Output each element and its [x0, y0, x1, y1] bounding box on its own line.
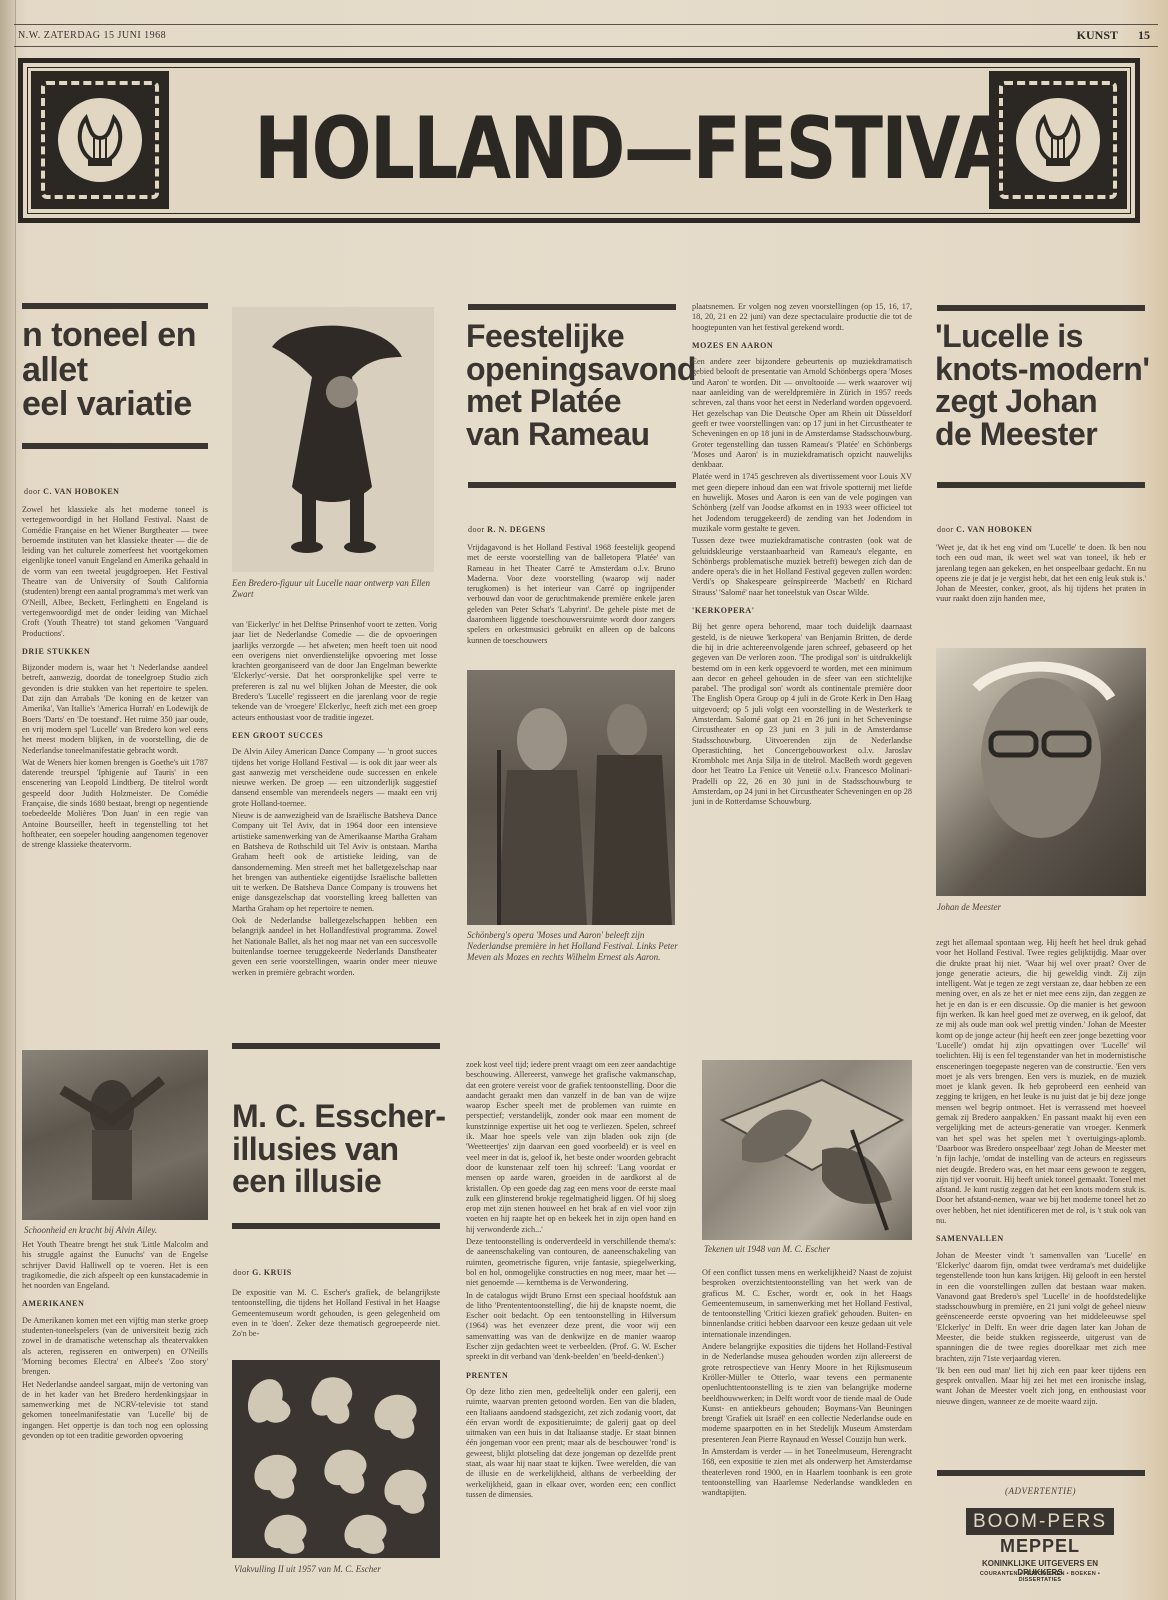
advert-label: (ADVERTENTIE) — [1005, 1486, 1076, 1496]
article-body-lucelle-intro: 'Weet je, dat ik het eng vind om 'Lucell… — [936, 543, 1146, 615]
caption-vlakvulling-ii: Vlakvulling II uit 1957 van M. C. Escher — [234, 1564, 444, 1575]
banner-title: HOLLAND—FESTIVAL — [254, 99, 903, 199]
headline-rule — [232, 1223, 440, 1229]
lyre-emblem-icon — [31, 71, 169, 209]
article-body-platee: Vrijdagavond is het Holland Festival 196… — [467, 543, 675, 655]
headline-rule — [22, 443, 208, 449]
headline-rule — [937, 305, 1145, 311]
article-body-escher-col3: Of een conflict tussen mens en werkelijk… — [702, 1268, 912, 1590]
masthead-rule-bottom — [14, 46, 1158, 47]
article-body-col4: plaatsnemen. Er volgen nog zeven voorste… — [692, 302, 912, 994]
newspaper-page: N.W. ZATERDAG 15 JUNI 1968 KUNST 15 HOLL… — [0, 0, 1168, 1600]
photo-moses-und-aaron — [467, 670, 675, 925]
article-body-escher-col2: zoek kost veel tijd; iedere prent vraagt… — [466, 1060, 676, 1590]
headline-rule — [22, 303, 208, 309]
article-body-col2: van 'Eickerlyc' in het Delftse Prinsenho… — [232, 620, 437, 1030]
masthead-rule-top — [14, 24, 1158, 25]
caption-johan-de-meester: Johan de Meester — [937, 902, 1001, 913]
headline-platee: Feestelijke openingsavond met Platée van… — [466, 320, 681, 451]
article-body-toneel-cont: Het Youth Theatre brengt het stuk 'Littl… — [22, 1240, 208, 1580]
caption-alvin-ailey: Schoonheid en kracht bij Alvin Ailey. — [24, 1225, 210, 1236]
headline-rule — [937, 482, 1145, 488]
headline-rule — [468, 482, 676, 488]
headline-rule — [232, 1043, 440, 1049]
byline: door C. VAN HOBOKEN — [24, 487, 119, 496]
lyre-emblem-icon — [989, 71, 1127, 209]
advert-rule — [937, 1470, 1145, 1476]
festival-banner: HOLLAND—FESTIVAL — [18, 58, 1140, 223]
photo-alvin-ailey — [22, 1050, 208, 1220]
advert-brand: BOOM-PERS — [966, 1508, 1114, 1535]
photo-johan-de-meester — [936, 648, 1146, 896]
section-label: KUNST — [1077, 28, 1118, 43]
headline-toneel: n toneel en allet eel variatie — [22, 318, 212, 422]
advert-products: COURANTEN • PERIODIEKEN • BOEKEN • DISSE… — [960, 1571, 1120, 1583]
caption-tekenen-1948: Tekenen uit 1948 van M. C. Escher — [704, 1244, 914, 1255]
advert-city: MEPPEL — [966, 1536, 1114, 1557]
article-body-escher-intro: De expositie van M. C. Escher's grafiek,… — [232, 1288, 440, 1338]
page-number: 15 — [1138, 28, 1150, 43]
byline: door R. N. DEGENS — [468, 525, 546, 534]
byline: door C. VAN HOBOKEN — [937, 525, 1032, 534]
image-tekenen-1948 — [702, 1060, 912, 1240]
article-body-lucelle: zegt het allemaal spontaan weg. Hij heef… — [936, 938, 1146, 1456]
byline: door G. KRUIS — [233, 1268, 292, 1277]
caption-moses-und-aaron: Schönberg's opera 'Moses und Aaron' bele… — [467, 930, 679, 963]
headline-lucelle: 'Lucelle is knots-modern' zegt Johan de … — [935, 320, 1155, 451]
binding-spine — [0, 0, 16, 1600]
headline-rule — [468, 304, 676, 310]
headline-escher: M. C. Esscher- illusies van een illusie — [232, 1100, 452, 1198]
dateline: N.W. ZATERDAG 15 JUNI 1968 — [18, 30, 166, 41]
caption-bredero-figure: Een Bredero-figuur uit Lucelle naar ontw… — [232, 578, 437, 600]
illustration-bredero-figure — [232, 307, 434, 572]
image-vlakvulling-ii — [232, 1360, 440, 1558]
